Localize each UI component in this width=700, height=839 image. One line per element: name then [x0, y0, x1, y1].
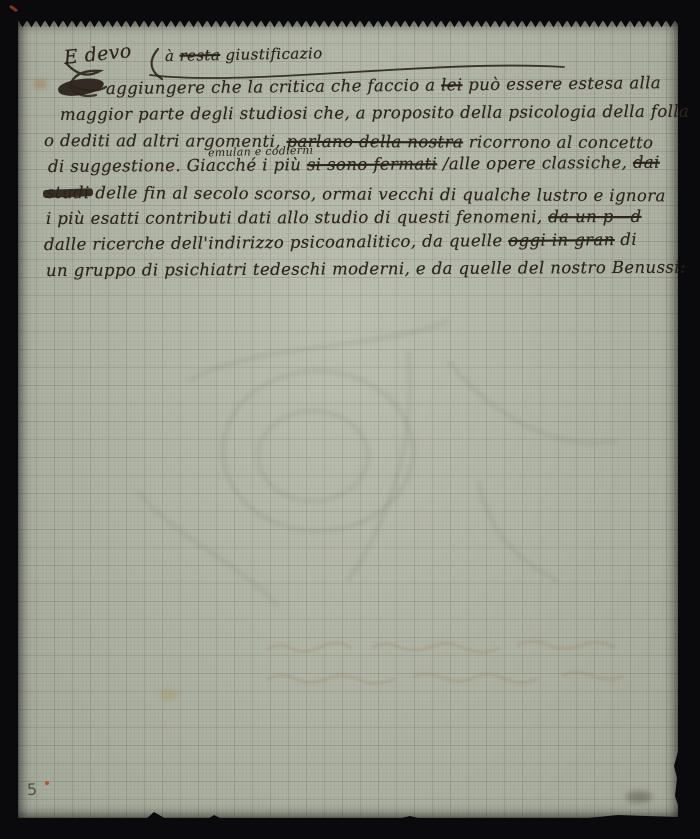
line-segment: i più esatti contributi dati allo studio…: [46, 207, 548, 228]
strikethrough-segment: lei: [441, 75, 463, 94]
red-corner-mark: [9, 5, 18, 13]
manuscript-page: E devo à resta giustificazio emulan e co…: [18, 21, 678, 818]
line-segment: aggiungere che la critica che faccio a: [106, 75, 441, 98]
manuscript-line: di suggestione. Giacché i più si sono fe…: [48, 153, 660, 176]
manuscript-line: i più esatti contributi dati allo studio…: [46, 207, 642, 228]
strikethrough-segment: parlano della nostra: [287, 132, 464, 152]
line-segment: dalle ricerche dell'indirizzo psicoanali…: [44, 231, 508, 254]
scanned-manuscript-screenshot: { "scan": { "background_color": "#0a0a0c…: [0, 0, 700, 839]
heading-insertion: à resta giustificazio: [165, 44, 323, 65]
right-edge-nick: [671, 748, 679, 808]
insertion-segment: giustificazio: [220, 44, 323, 64]
scribbled-word: studi: [46, 183, 90, 202]
strikethrough-segment: oggi in gran: [508, 230, 615, 250]
strikethrough-segment: dai: [633, 153, 660, 172]
manuscript-line: aggiungere che la critica che faccio a l…: [106, 73, 661, 98]
line-segment: /alle opere classiche,: [437, 153, 633, 173]
stain: [160, 689, 178, 700]
line-segment: o dediti ad altri argomenti,: [44, 131, 287, 151]
page-number: 5: [27, 780, 38, 800]
insertion-segment: à: [165, 47, 180, 65]
insertion-strikethrough-segment: resta: [179, 46, 220, 65]
manuscript-line: studi delle fin al secolo scorso, ormai …: [46, 183, 666, 205]
strikethrough-segment: si sono fermati: [307, 154, 437, 174]
line-segment: di suggestione. Giacché i più: [48, 155, 307, 176]
line-segment: maggior parte degli studiosi che, a prop…: [60, 102, 689, 124]
stain: [33, 79, 47, 89]
stain: [626, 791, 652, 803]
perforated-edge: [18, 20, 678, 28]
line-segment: può essere estesa alla: [462, 73, 661, 94]
manuscript-line: un gruppo di psichiatri tedeschi moderni…: [46, 258, 686, 280]
line-segment: delle fin al secolo scorso, ormai vecchi…: [90, 183, 666, 205]
scribbled-out-word: [57, 75, 105, 99]
manuscript-line: dalle ricerche dell'indirizzo psicoanali…: [44, 230, 637, 254]
manuscript-line: maggior parte degli studiosi che, a prop…: [60, 102, 689, 124]
red-ink-dot: [45, 781, 49, 785]
bottom-edge-nicks: [18, 809, 678, 819]
line-segment: un gruppo di psichiatri tedeschi moderni…: [46, 258, 686, 280]
line-segment: ricorrono al concetto: [463, 132, 653, 152]
manuscript-line: o dediti ad altri argomenti, parlano del…: [44, 131, 653, 152]
strikethrough-segment: da un p—d: [548, 207, 641, 226]
line-segment: di: [615, 230, 637, 249]
heading-word: E devo: [63, 40, 133, 69]
